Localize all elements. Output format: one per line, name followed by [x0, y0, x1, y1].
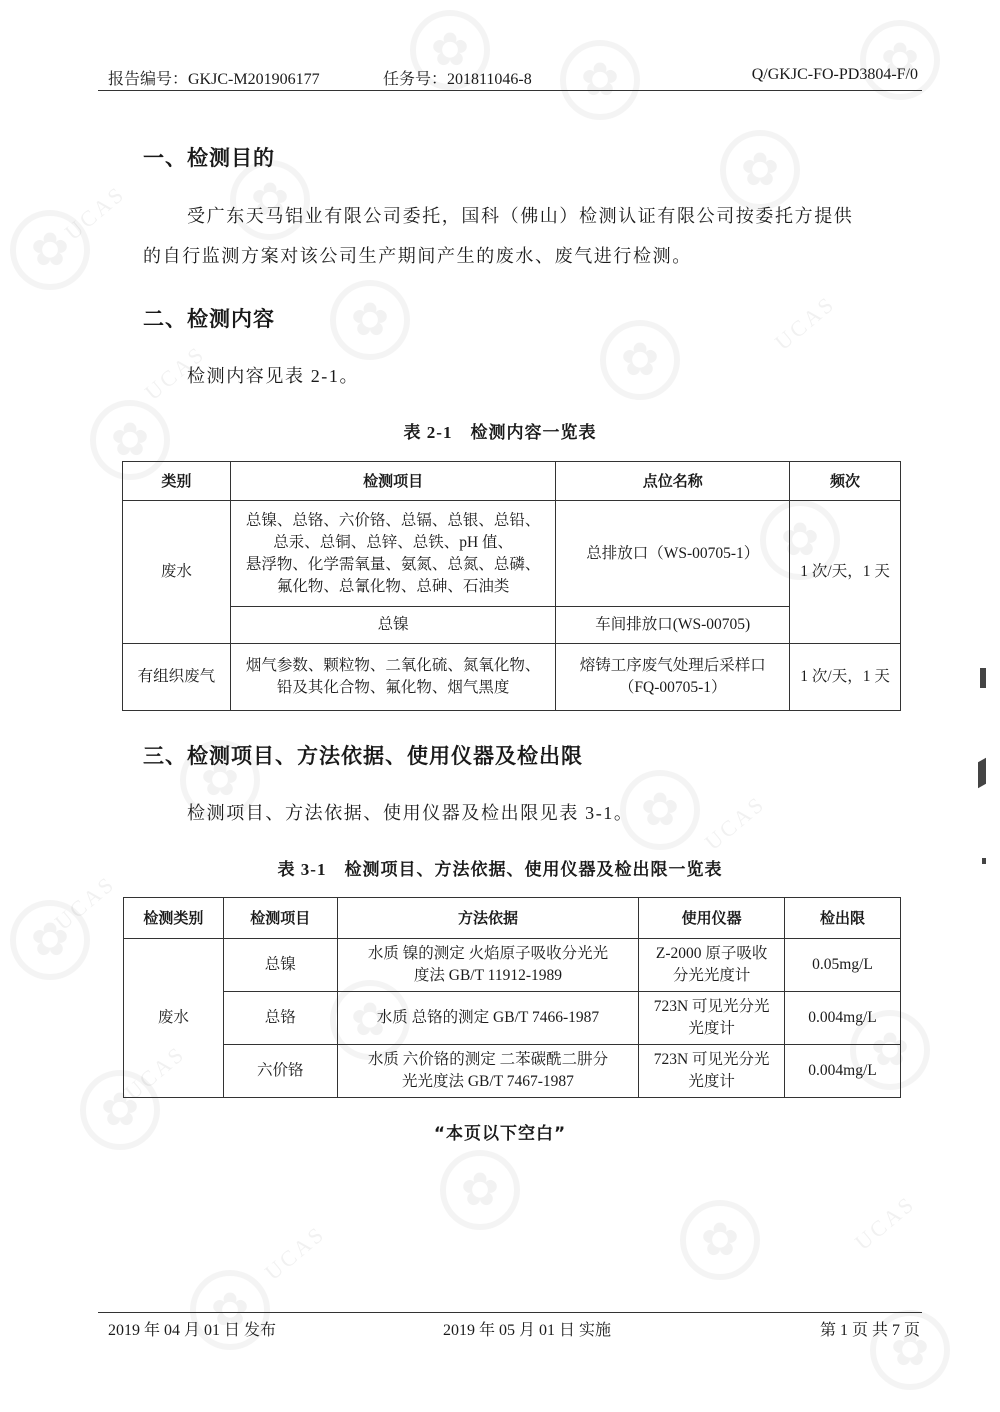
text-line: 光度计 [643, 1071, 780, 1093]
cell-instrument: 723N 可见光分光 光度计 [639, 992, 785, 1045]
cell-test-items: 总镍 [230, 607, 556, 644]
cell-point-name: 总排放口（WS-00705-1） [556, 501, 790, 607]
watermark-seal-icon [600, 320, 680, 400]
text-line: 度法 GB/T 11912-1989 [342, 965, 635, 987]
watermark-seal-icon [680, 1200, 760, 1280]
text-line: 熔铸工序废气处理后采样口 [560, 655, 785, 677]
report-number: 报告编号：GKJC-M201906177 [108, 66, 320, 89]
text-line: 悬浮物、化学需氧量、氨氮、总氮、总磷、 [235, 554, 552, 576]
header-test-items: 检测项目 [230, 462, 556, 501]
table-row: 总镍 车间排放口(WS-00705) [123, 607, 901, 644]
section-3-heading: 三、检测项目、方法依据、使用仪器及检出限 [143, 740, 583, 770]
cell-method-basis: 水质 六价铬的测定 二苯碳酰二肼分 光光度法 GB/T 7467-1987 [337, 1045, 639, 1098]
text-line: Z-2000 原子吸收 [643, 943, 780, 965]
text-line: 烟气参数、颗粒物、二氧化硫、氮氧化物、 [235, 655, 552, 677]
watermark-seal-icon [330, 280, 410, 360]
task-number: 任务号：201811046-8 [383, 66, 532, 89]
text-line: （FQ-00705-1） [560, 677, 785, 699]
cell-test-item: 总镍 [223, 939, 337, 992]
blank-page-note: “本页以下空白” [0, 1119, 1000, 1144]
section-2-intro: 检测内容见表 2-1。 [187, 355, 359, 397]
watermark-text: UCAS [260, 1220, 331, 1285]
scan-edge-mark [980, 668, 986, 688]
table-header-row: 检测类别 检测项目 方法依据 使用仪器 检出限 [124, 898, 901, 939]
cell-detection-limit: 0.004mg/L [785, 992, 901, 1045]
document-code: Q/GKJC-FO-PD3804-F/0 [752, 66, 918, 84]
text-line: 光度计 [643, 1018, 780, 1040]
text-line: 723N 可见光分光 [643, 1049, 780, 1071]
cell-frequency: 1 次/天，1 天 [790, 644, 901, 711]
effective-date: 2019 年 05 月 01 日 实施 [443, 1317, 611, 1340]
section-1-paragraph-line-1: 受广东天马铝业有限公司委托，国科（佛山）检测认证有限公司按委托方提供 [187, 195, 853, 237]
table-3-1: 检测类别 检测项目 方法依据 使用仪器 检出限 废水 总镍 水质 镍的测定 火焰… [123, 897, 901, 1098]
section-3-intro: 检测项目、方法依据、使用仪器及检出限见表 3-1。 [187, 792, 634, 834]
text-line: 氟化物、总氰化物、总砷、石油类 [235, 576, 552, 598]
page-number: 第 1 页 共 7 页 [820, 1317, 920, 1340]
section-2-heading: 二、检测内容 [143, 303, 275, 333]
text-line: 水质 镍的测定 火焰原子吸收分光光 [342, 943, 635, 965]
cell-test-items: 烟气参数、颗粒物、二氧化硫、氮氧化物、 铅及其化合物、氟化物、烟气黑度 [230, 644, 556, 711]
text-line: 723N 可见光分光 [643, 996, 780, 1018]
table-2-1-caption: 表 2-1 检测内容一览表 [0, 418, 1000, 443]
watermark-text: UCAS [700, 790, 771, 855]
cell-test-category: 废水 [124, 939, 224, 1098]
cell-frequency: 1 次/天，1 天 [790, 501, 901, 644]
cell-detection-limit: 0.05mg/L [785, 939, 901, 992]
section-1-heading: 一、检测目的 [143, 142, 275, 172]
cell-instrument: Z-2000 原子吸收 分光光度计 [639, 939, 785, 992]
issue-date: 2019 年 04 月 01 日 发布 [108, 1317, 276, 1340]
table-row: 废水 总镍 水质 镍的测定 火焰原子吸收分光光 度法 GB/T 11912-19… [124, 939, 901, 992]
cell-test-item: 六价铬 [223, 1045, 337, 1098]
watermark-text: UCAS [850, 1190, 921, 1255]
cell-point-name: 熔铸工序废气处理后采样口 （FQ-00705-1） [556, 644, 790, 711]
table-row: 有组织废气 烟气参数、颗粒物、二氧化硫、氮氧化物、 铅及其化合物、氟化物、烟气黑… [123, 644, 901, 711]
text-line: 分光光度计 [643, 965, 780, 987]
header-category: 类别 [123, 462, 231, 501]
cell-method-basis: 水质 总铬的测定 GB/T 7466-1987 [337, 992, 639, 1045]
watermark-text: UCAS [770, 290, 841, 355]
cell-category: 废水 [123, 501, 231, 644]
text-line: 光光度法 GB/T 7467-1987 [342, 1071, 635, 1093]
table-3-1-caption: 表 3-1 检测项目、方法依据、使用仪器及检出限一览表 [0, 855, 1000, 880]
cell-test-items: 总镍、总铬、六价铬、总镉、总银、总铅、 总汞、总铜、总锌、总铁、pH 值、 悬浮… [230, 501, 556, 607]
table-row: 六价铬 水质 六价铬的测定 二苯碳酰二肼分 光光度法 GB/T 7467-198… [124, 1045, 901, 1098]
table-row: 废水 总镍、总铬、六价铬、总镉、总银、总铅、 总汞、总铜、总锌、总铁、pH 值、… [123, 501, 901, 607]
section-1-paragraph-line-2: 的自行监测方案对该公司生产期间产生的废水、废气进行检测。 [143, 235, 692, 277]
text-line: 水质 六价铬的测定 二苯碳酰二肼分 [342, 1049, 635, 1071]
header-test-item: 检测项目 [223, 898, 337, 939]
table-header-row: 类别 检测项目 点位名称 频次 [123, 462, 901, 501]
cell-detection-limit: 0.004mg/L [785, 1045, 901, 1098]
cell-method-basis: 水质 镍的测定 火焰原子吸收分光光 度法 GB/T 11912-1989 [337, 939, 639, 992]
watermark-seal-icon [440, 1150, 520, 1230]
page-footer: 2019 年 04 月 01 日 发布 2019 年 05 月 01 日 实施 … [98, 1312, 922, 1343]
text-line: 铅及其化合物、氟化物、烟气黑度 [235, 677, 552, 699]
header-test-category: 检测类别 [124, 898, 224, 939]
cell-category: 有组织废气 [123, 644, 231, 711]
page-header: 报告编号：GKJC-M201906177 任务号：201811046-8 Q/G… [98, 64, 922, 91]
cell-instrument: 723N 可见光分光 光度计 [639, 1045, 785, 1098]
text-line: 总镍、总铬、六价铬、总镉、总银、总铅、 [235, 510, 552, 532]
header-method-basis: 方法依据 [337, 898, 639, 939]
table-row: 总铬 水质 总铬的测定 GB/T 7466-1987 723N 可见光分光 光度… [124, 992, 901, 1045]
scan-edge-mark [978, 758, 986, 789]
cell-point-name: 车间排放口(WS-00705) [556, 607, 790, 644]
header-point-name: 点位名称 [556, 462, 790, 501]
header-frequency: 频次 [790, 462, 901, 501]
watermark-text: UCAS [60, 180, 131, 245]
header-instrument: 使用仪器 [639, 898, 785, 939]
text-line: 水质 总铬的测定 GB/T 7466-1987 [342, 1007, 635, 1029]
table-2-1: 类别 检测项目 点位名称 频次 废水 总镍、总铬、六价铬、总镉、总银、总铅、 总… [122, 461, 901, 711]
cell-test-item: 总铬 [223, 992, 337, 1045]
header-detection-limit: 检出限 [785, 898, 901, 939]
text-line: 总汞、总铜、总锌、总铁、pH 值、 [235, 532, 552, 554]
